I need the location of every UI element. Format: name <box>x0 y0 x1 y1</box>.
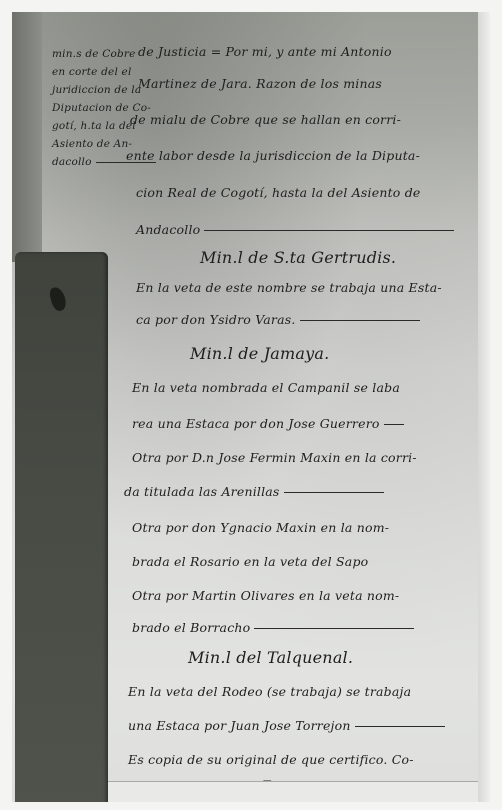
margin-note-line: gotí, h.ta la del <box>52 120 136 132</box>
margin-note-line: juridiccion de la <box>52 84 141 96</box>
header-line: cion Real de Cogotí, hasta la del Asient… <box>136 185 421 200</box>
torn-page-bottom <box>108 781 478 802</box>
section-line: Otra por Martin Olivares en la veta nom- <box>132 588 399 603</box>
header-line: Martinez de Jara. Razon de los minas <box>138 76 382 91</box>
manuscript-photograph: min.s de Cobre en corte del el juridicci… <box>12 12 490 802</box>
section-line: En la veta nombrada el Campanil se laba <box>132 380 400 395</box>
header-line: ente labor desde la jurisdiccion de la D… <box>126 148 420 163</box>
ink-blot <box>48 286 68 313</box>
margin-note-line: min.s de Cobre <box>52 48 136 60</box>
header-line: Andacollo <box>136 222 454 237</box>
section-line: una Estaca por Juan Jose Torrejon <box>128 718 445 733</box>
section-heading: Min.l del Talquenal. <box>188 648 353 667</box>
section-line: brada el Rosario en la veta del Sapo <box>132 554 368 569</box>
header-line: de Justicia = Por mi, y ante mi Antonio <box>138 44 392 59</box>
dark-paper-strip <box>15 252 108 802</box>
section-heading: Min.l de S.ta Gertrudis. <box>200 248 396 267</box>
margin-note-line: Asiento de An- <box>52 138 132 150</box>
section-heading: Min.l de Jamaya. <box>190 344 329 363</box>
section-line: Otra por don Ygnacio Maxin en la nom- <box>132 520 389 535</box>
margin-note-line: en corte del el <box>52 66 132 78</box>
section-line: En la veta de este nombre se trabaja una… <box>136 280 442 295</box>
section-line: ca por don Ysidro Varas. <box>136 312 420 327</box>
section-line: Otra por D.n Jose Fermin Maxin en la cor… <box>132 450 417 465</box>
page-right-edge <box>478 12 490 802</box>
header-line: de mialu de Cobre que se hallan en corri… <box>130 112 401 127</box>
closing-certification: Es copia de su original de que certifico… <box>128 752 414 767</box>
section-line: da titulada las Arenillas <box>124 484 384 499</box>
page-fold-shadow <box>12 12 42 262</box>
section-line: En la veta del Rodeo (se trabaja) se tra… <box>128 684 411 699</box>
section-line: rea una Estaca por don Jose Guerrero <box>132 416 404 431</box>
section-line: brado el Borracho <box>132 620 414 635</box>
